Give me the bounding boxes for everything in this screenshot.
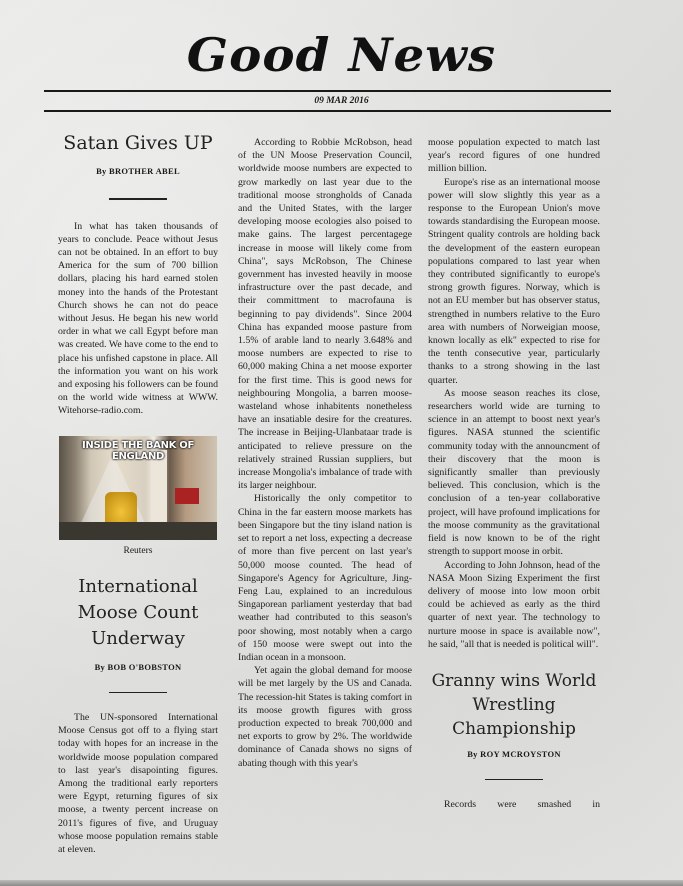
article-photo: INSIDE THE BANK OF ENGLAND (59, 436, 217, 540)
byline-divider (485, 779, 543, 781)
photo-credit: Reuters (58, 546, 218, 556)
article-paragraph: Records were smashed in (428, 798, 600, 811)
article-paragraph: According to John Johnson, head of the N… (428, 559, 600, 651)
masthead-rule-bottom (44, 110, 611, 112)
issue-date: 09 MAR 2016 (0, 96, 683, 106)
article-headline: Granny wins World Wrestling Championship (428, 669, 600, 741)
photo-overlay-caption: INSIDE THE BANK OF ENGLAND (59, 440, 217, 462)
article-paragraph: The UN-sponsored International Moose Cen… (58, 711, 218, 856)
article-byline: By BOB O'BOBSTON (58, 662, 218, 672)
photo-floor-shape (59, 522, 217, 540)
masthead-rule-top (44, 90, 611, 92)
column-3: moose population expected to match last … (428, 120, 600, 812)
article-headline: International Moose Count Underway (58, 574, 218, 652)
article-paragraph: Europe's rise as an international moose … (428, 176, 600, 387)
article-paragraph: Historically the only competitor to Chin… (238, 492, 412, 664)
byline-divider (109, 198, 167, 200)
article-paragraph: According to Robbie McRobson, head of th… (238, 136, 412, 492)
column-1: Satan Gives UP By BROTHER ABEL In what h… (58, 120, 218, 856)
article-byline: By ROY MCROYSTON (428, 749, 600, 759)
article-paragraph: As moose season reaches its close, resea… (428, 387, 600, 559)
article-paragraph: In what has taken thousands of years to … (58, 220, 218, 418)
masthead-title: Good News (0, 28, 683, 82)
photo-figures-shape (175, 488, 199, 504)
article-paragraph: moose population expected to match last … (428, 136, 600, 176)
page-bottom-edge (0, 880, 683, 886)
article-headline: Satan Gives UP (58, 132, 218, 154)
byline-divider (109, 692, 167, 694)
article-paragraph: Yet again the global demand for moose wi… (238, 664, 412, 770)
article-byline: By BROTHER ABEL (58, 166, 218, 176)
column-2: According to Robbie McRobson, head of th… (238, 120, 412, 770)
